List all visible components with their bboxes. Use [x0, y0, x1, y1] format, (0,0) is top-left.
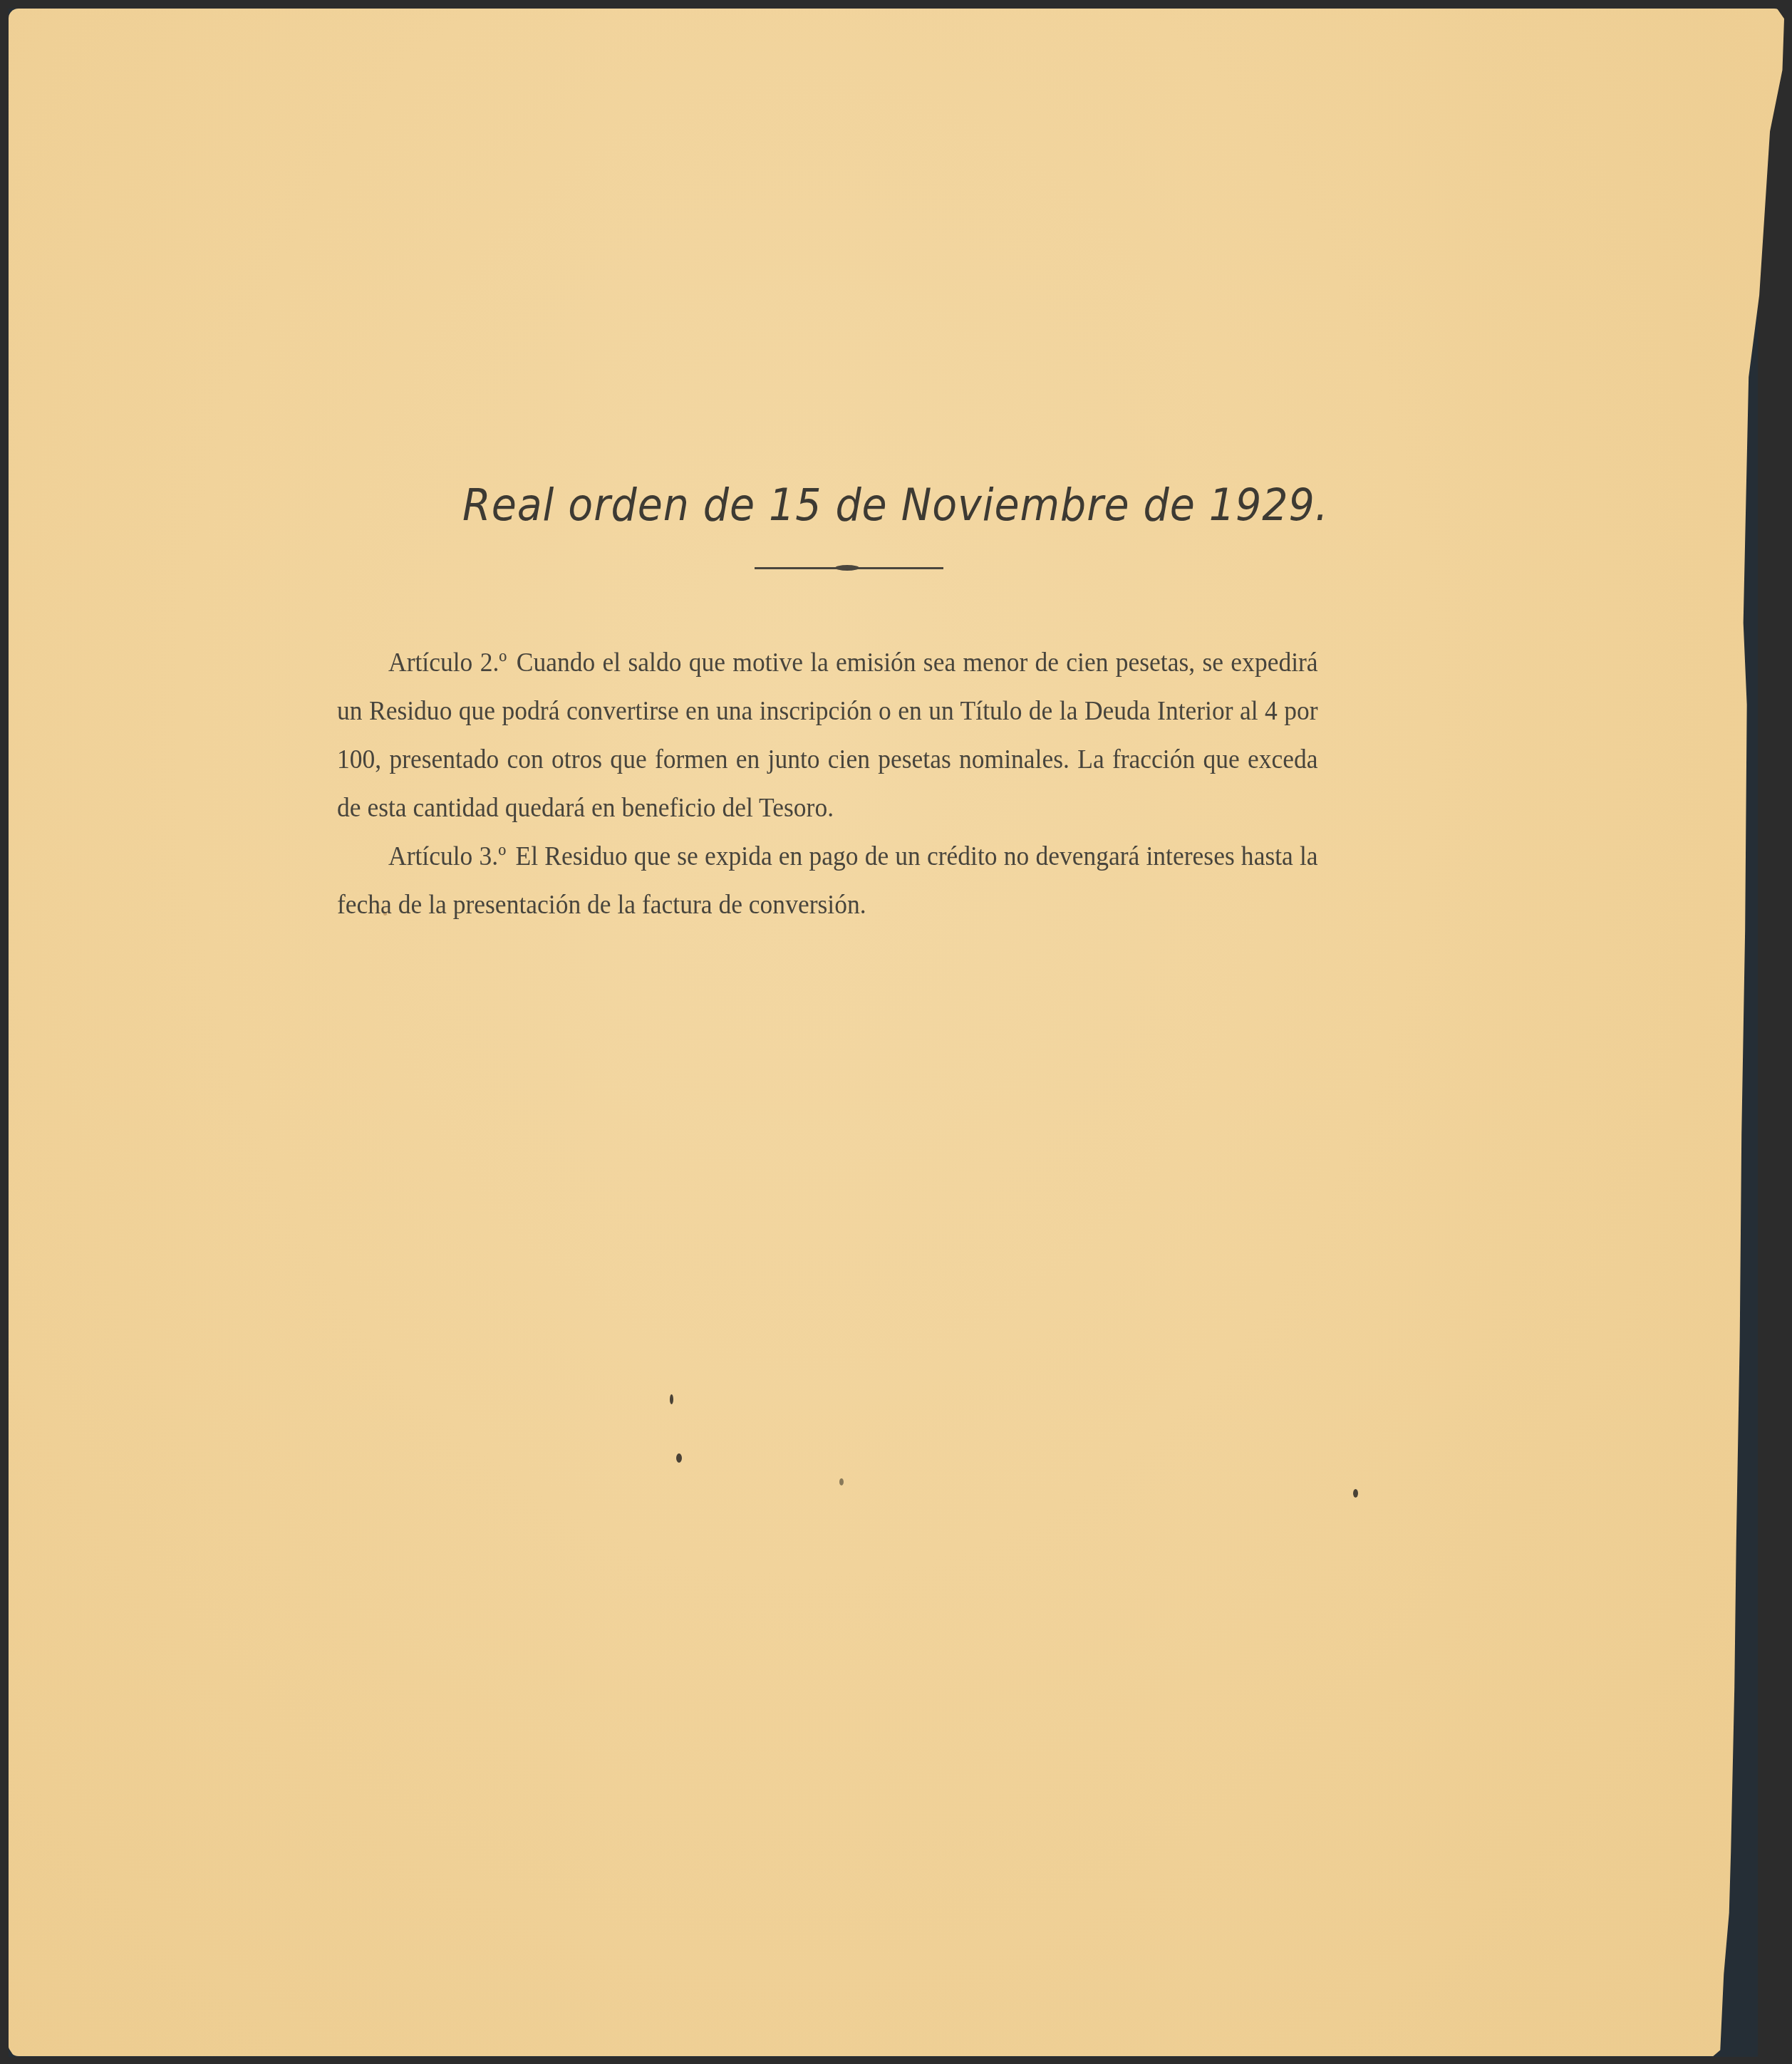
ink-spot: [676, 1453, 682, 1463]
ink-spot: [1353, 1489, 1358, 1498]
article-3: Artículo 3.ºEl Residuo que se expida en …: [337, 833, 1318, 930]
document-title: Real orden de 15 de Noviembre de 1929.: [71, 479, 1720, 531]
paper-sheet: [9, 9, 1784, 2056]
divider-ornament: [835, 565, 859, 571]
ink-spot: [839, 1478, 844, 1485]
article-label: Artículo 2.º: [388, 648, 507, 678]
article-2: Artículo 2.ºCuando el saldo que motive l…: [337, 639, 1318, 833]
ink-spot: [670, 1394, 673, 1404]
article-label: Artículo 3.º: [388, 842, 506, 871]
document-body: Artículo 2.ºCuando el saldo que motive l…: [337, 639, 1318, 930]
